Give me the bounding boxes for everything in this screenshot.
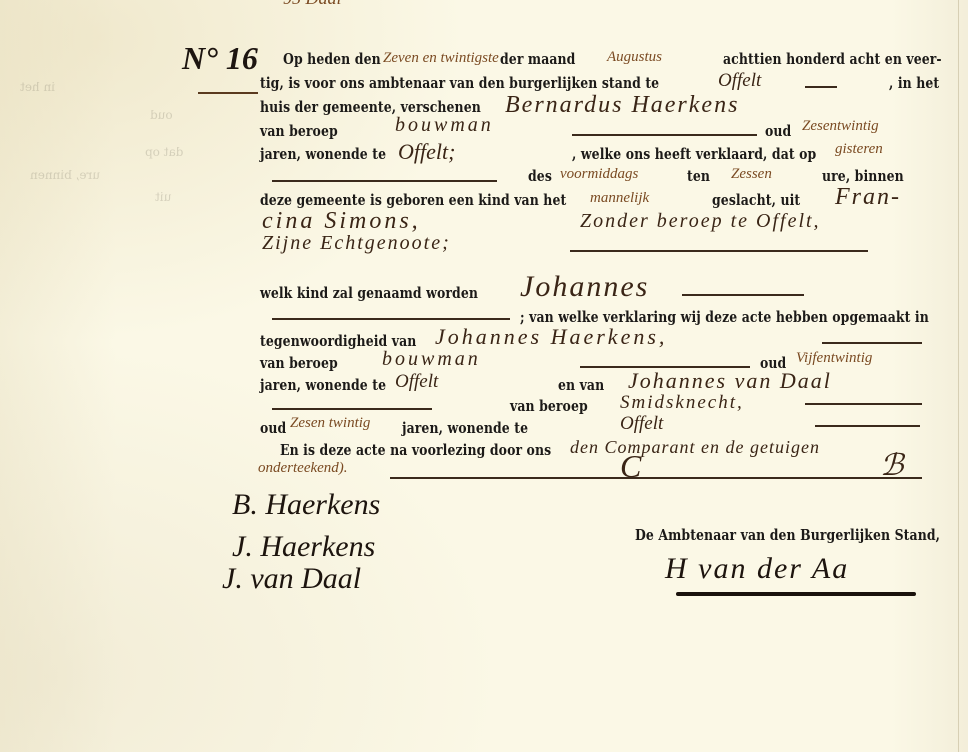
bleed-through-text: ure, binnen bbox=[30, 168, 100, 182]
signature-witness-2: J. van Daal bbox=[222, 562, 361, 596]
fill-line bbox=[390, 477, 922, 479]
handwritten-month: Augustus bbox=[607, 49, 662, 66]
printed-text: tig, is voor ons ambtenaar van den burge… bbox=[260, 75, 659, 92]
bleed-through-text: uit bbox=[155, 190, 171, 204]
fill-line bbox=[815, 425, 920, 427]
printed-text: welk kind zal genaamd worden bbox=[260, 285, 478, 302]
printed-text: jaren, wonende te bbox=[260, 377, 386, 394]
handwritten-mother-name-part: Fran- bbox=[835, 184, 901, 211]
fill-line bbox=[805, 86, 837, 88]
handwritten-witness-1-age: Vijfentwintig bbox=[796, 350, 872, 367]
printed-text: der maand bbox=[500, 51, 575, 68]
handwritten-witness-1-name: Johannes Haerkens, bbox=[435, 324, 667, 350]
printed-text: ure, binnen bbox=[822, 168, 904, 185]
printed-text: jaren, wonende te bbox=[260, 146, 386, 163]
handwritten-mother-name: cina Simons, bbox=[262, 208, 421, 235]
official-signature: H van der Aa bbox=[665, 552, 849, 586]
handwritten-hour: Zessen bbox=[731, 166, 772, 183]
handwritten-witness-2-residence: Offelt bbox=[620, 413, 663, 435]
page-edge bbox=[958, 0, 959, 752]
printed-text: des bbox=[528, 168, 552, 185]
printed-text: ten bbox=[687, 168, 710, 185]
fill-line bbox=[272, 318, 510, 320]
printed-text: Op heden den bbox=[283, 51, 381, 68]
handwritten-date-day: Zeven en twintigste bbox=[383, 50, 499, 67]
bleed-through-text: oud bbox=[150, 108, 173, 122]
bleed-through-text: dat op bbox=[145, 145, 183, 159]
record-number-underline bbox=[198, 92, 258, 94]
printed-text: , in het bbox=[889, 75, 939, 92]
printed-text: oud bbox=[765, 123, 791, 140]
bleed-through-text: in het bbox=[20, 80, 55, 94]
handwritten-occupation: bouwman bbox=[395, 114, 494, 137]
handwritten-witness-2-name: Johannes van Daal bbox=[628, 368, 832, 394]
handwritten-witness-1-residence: Offelt bbox=[395, 371, 438, 393]
fill-line bbox=[272, 180, 497, 182]
handwritten-witness-2-occupation: Smidsknecht, bbox=[620, 392, 744, 414]
signature-witness-1: J. Haerkens bbox=[232, 530, 375, 564]
handwritten-signed: onderteekend). bbox=[258, 460, 348, 477]
printed-text: , welke ons heeft verklaard, dat op bbox=[572, 146, 816, 163]
printed-text: van beroep bbox=[260, 123, 338, 140]
signature-declarant: B. Haerkens bbox=[232, 488, 380, 522]
printed-text: en van bbox=[558, 377, 604, 394]
official-title: De Ambtenaar van den Burgerlijken Stand, bbox=[635, 527, 940, 544]
printed-text: van beroep bbox=[260, 355, 338, 372]
handwritten-witness-1-occupation: bouwman bbox=[382, 348, 481, 371]
fill-line bbox=[682, 294, 804, 296]
handwritten-mother-occupation: Zonder beroep te Offelt, bbox=[580, 210, 821, 233]
handwritten-age: Zesentwintig bbox=[802, 118, 879, 135]
top-fragment: 95 Daal bbox=[283, 0, 342, 9]
handwritten-witness-2-age: Zesen twintig bbox=[290, 415, 370, 432]
handwritten-day: gisteren bbox=[835, 141, 883, 158]
printed-text: oud bbox=[260, 420, 286, 437]
fill-line bbox=[570, 250, 868, 252]
handwritten-place: Offelt bbox=[718, 70, 761, 92]
fill-line bbox=[805, 403, 922, 405]
handwritten-flourish: C bbox=[620, 448, 641, 485]
printed-text: van beroep bbox=[510, 398, 588, 415]
official-signature-underline bbox=[676, 592, 916, 596]
printed-text: geslacht, uit bbox=[712, 192, 800, 209]
record-number: N° 16 bbox=[182, 40, 258, 77]
handwritten-spouse: Zijne Echtgenoote; bbox=[262, 232, 451, 255]
handwritten-gender: mannelijk bbox=[590, 190, 649, 207]
handwritten-child-name: Johannes bbox=[520, 270, 649, 304]
printed-text: achttien honderd acht en veer- bbox=[723, 51, 942, 68]
handwritten-declarant-name: Bernardus Haerkens bbox=[505, 92, 739, 119]
printed-text: jaren, wonende te bbox=[402, 420, 528, 437]
handwritten-residence: Offelt; bbox=[398, 139, 455, 165]
printed-text: deze gemeente is geboren een kind van he… bbox=[260, 192, 566, 209]
printed-text: En is deze acte na voorlezing door ons bbox=[280, 442, 551, 459]
handwritten-signed-by: den Comparant en de getuigen bbox=[570, 437, 820, 458]
fill-line bbox=[822, 342, 922, 344]
handwritten-time-of-day: voormiddags bbox=[560, 166, 638, 183]
fill-line bbox=[572, 134, 757, 136]
fill-line bbox=[272, 408, 432, 410]
